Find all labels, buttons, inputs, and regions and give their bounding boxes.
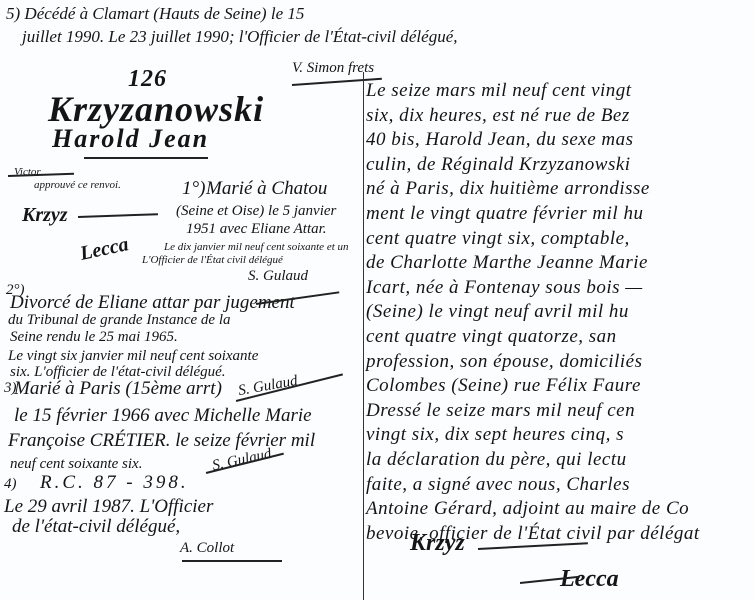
body-line: de Charlotte Marthe Jeanne Marie xyxy=(366,252,648,274)
name-underline xyxy=(84,157,208,159)
declarant-signature: Krzyz xyxy=(410,530,465,557)
column-divider xyxy=(363,72,364,600)
body-line: la déclaration du père, qui lectu xyxy=(366,449,627,471)
annotation-1-line-3: 1951 avec Eliane Attar. xyxy=(186,221,327,238)
header-line-2: juillet 1990. Le 23 juillet 1990; l'Offi… xyxy=(22,27,457,47)
annotation-4-number: 4) xyxy=(4,476,17,493)
body-line: cent quatre vingt quatorze, san xyxy=(366,326,617,348)
body-line: vingt six, dix sept heures cinq, s xyxy=(366,424,624,446)
annotation-1-line-2: (Seine et Oise) le 5 janvier xyxy=(176,203,336,220)
annotation-1-signature: S. Gulaud xyxy=(248,268,308,285)
body-line: Dressé le seize mars mil neuf cen xyxy=(366,400,635,422)
renvoi-signature-1: Krzyz xyxy=(22,204,68,227)
annotation-1-footer-2: L'Officier de l'État civil délégué xyxy=(142,254,283,266)
renvoi-signature-2: Lecca xyxy=(78,233,131,266)
annotation-2-line-1: Divorcé de Eliane attar par jugement xyxy=(10,292,295,314)
body-line: culin, de Réginald Krzyzanowski xyxy=(366,154,631,176)
annotation-4-line-3: de l'état-civil délégué, xyxy=(12,516,180,538)
annotation-2-line-2: du Tribunal de grande Instance de la xyxy=(8,312,230,329)
officer-signature: Lecca xyxy=(560,566,619,593)
header-signature: V. Simon frets xyxy=(292,60,374,77)
body-line: Antoine Gérard, adjoint au maire de Co xyxy=(366,498,689,520)
body-line: Icart, née à Fontenay sous bois — xyxy=(366,277,643,299)
body-line: six, dix heures, est né rue de Bez xyxy=(366,105,630,127)
body-line: 40 bis, Harold Jean, du sexe mas xyxy=(366,129,634,151)
annotation-1-line-1: Marié à Chatou xyxy=(206,178,327,200)
body-line: né à Paris, dix huitième arrondisse xyxy=(366,178,650,200)
body-line: ment le vingt quatre février mil hu xyxy=(366,203,643,225)
annotation-4-line-1: R.C. 87 - 398. xyxy=(40,472,189,494)
annotation-2-footer-1: Le vingt six janvier mil neuf cent soixa… xyxy=(8,348,258,365)
body-line: Le seize mars mil neuf cent vingt xyxy=(366,80,632,102)
annotation-4-signature-underline xyxy=(182,560,282,562)
annotation-2-line-3: Seine rendu le 25 mai 1965. xyxy=(10,329,178,346)
annotation-4-line-2: Le 29 avril 1987. L'Officier xyxy=(4,496,213,518)
body-line: profession, son épouse, domiciliés xyxy=(366,351,642,373)
annotation-1-footer-1: Le dix janvier mil neuf cent soixante et… xyxy=(164,241,349,253)
header-line-1: 5) Décédé à Clamart (Hauts de Seine) le … xyxy=(6,4,304,24)
renvoi-signature-1-stroke xyxy=(78,213,158,217)
annotation-3-line-4: neuf cent soixante six. xyxy=(10,456,142,473)
renvoi-word: Victor xyxy=(14,166,41,178)
given-names: Harold Jean xyxy=(52,124,209,154)
body-line: faite, a signé avec nous, Charles xyxy=(366,474,630,496)
body-line: (Seine) le vingt neuf avril mil hu xyxy=(366,301,629,323)
body-line: cent quatre vingt six, comptable, xyxy=(366,228,630,250)
annotation-3-line-2: le 15 février 1966 avec Michelle Marie xyxy=(14,405,312,427)
body-line: Colombes (Seine) rue Félix Faure xyxy=(366,375,641,397)
annotation-3-line-1: Marié à Paris (15ème arrt) xyxy=(14,378,222,400)
annotation-1-number: 1°) xyxy=(182,178,205,200)
renvoi-note: approuvé ce renvoi. xyxy=(34,179,121,191)
annotation-4-signature: A. Collot xyxy=(180,540,234,557)
